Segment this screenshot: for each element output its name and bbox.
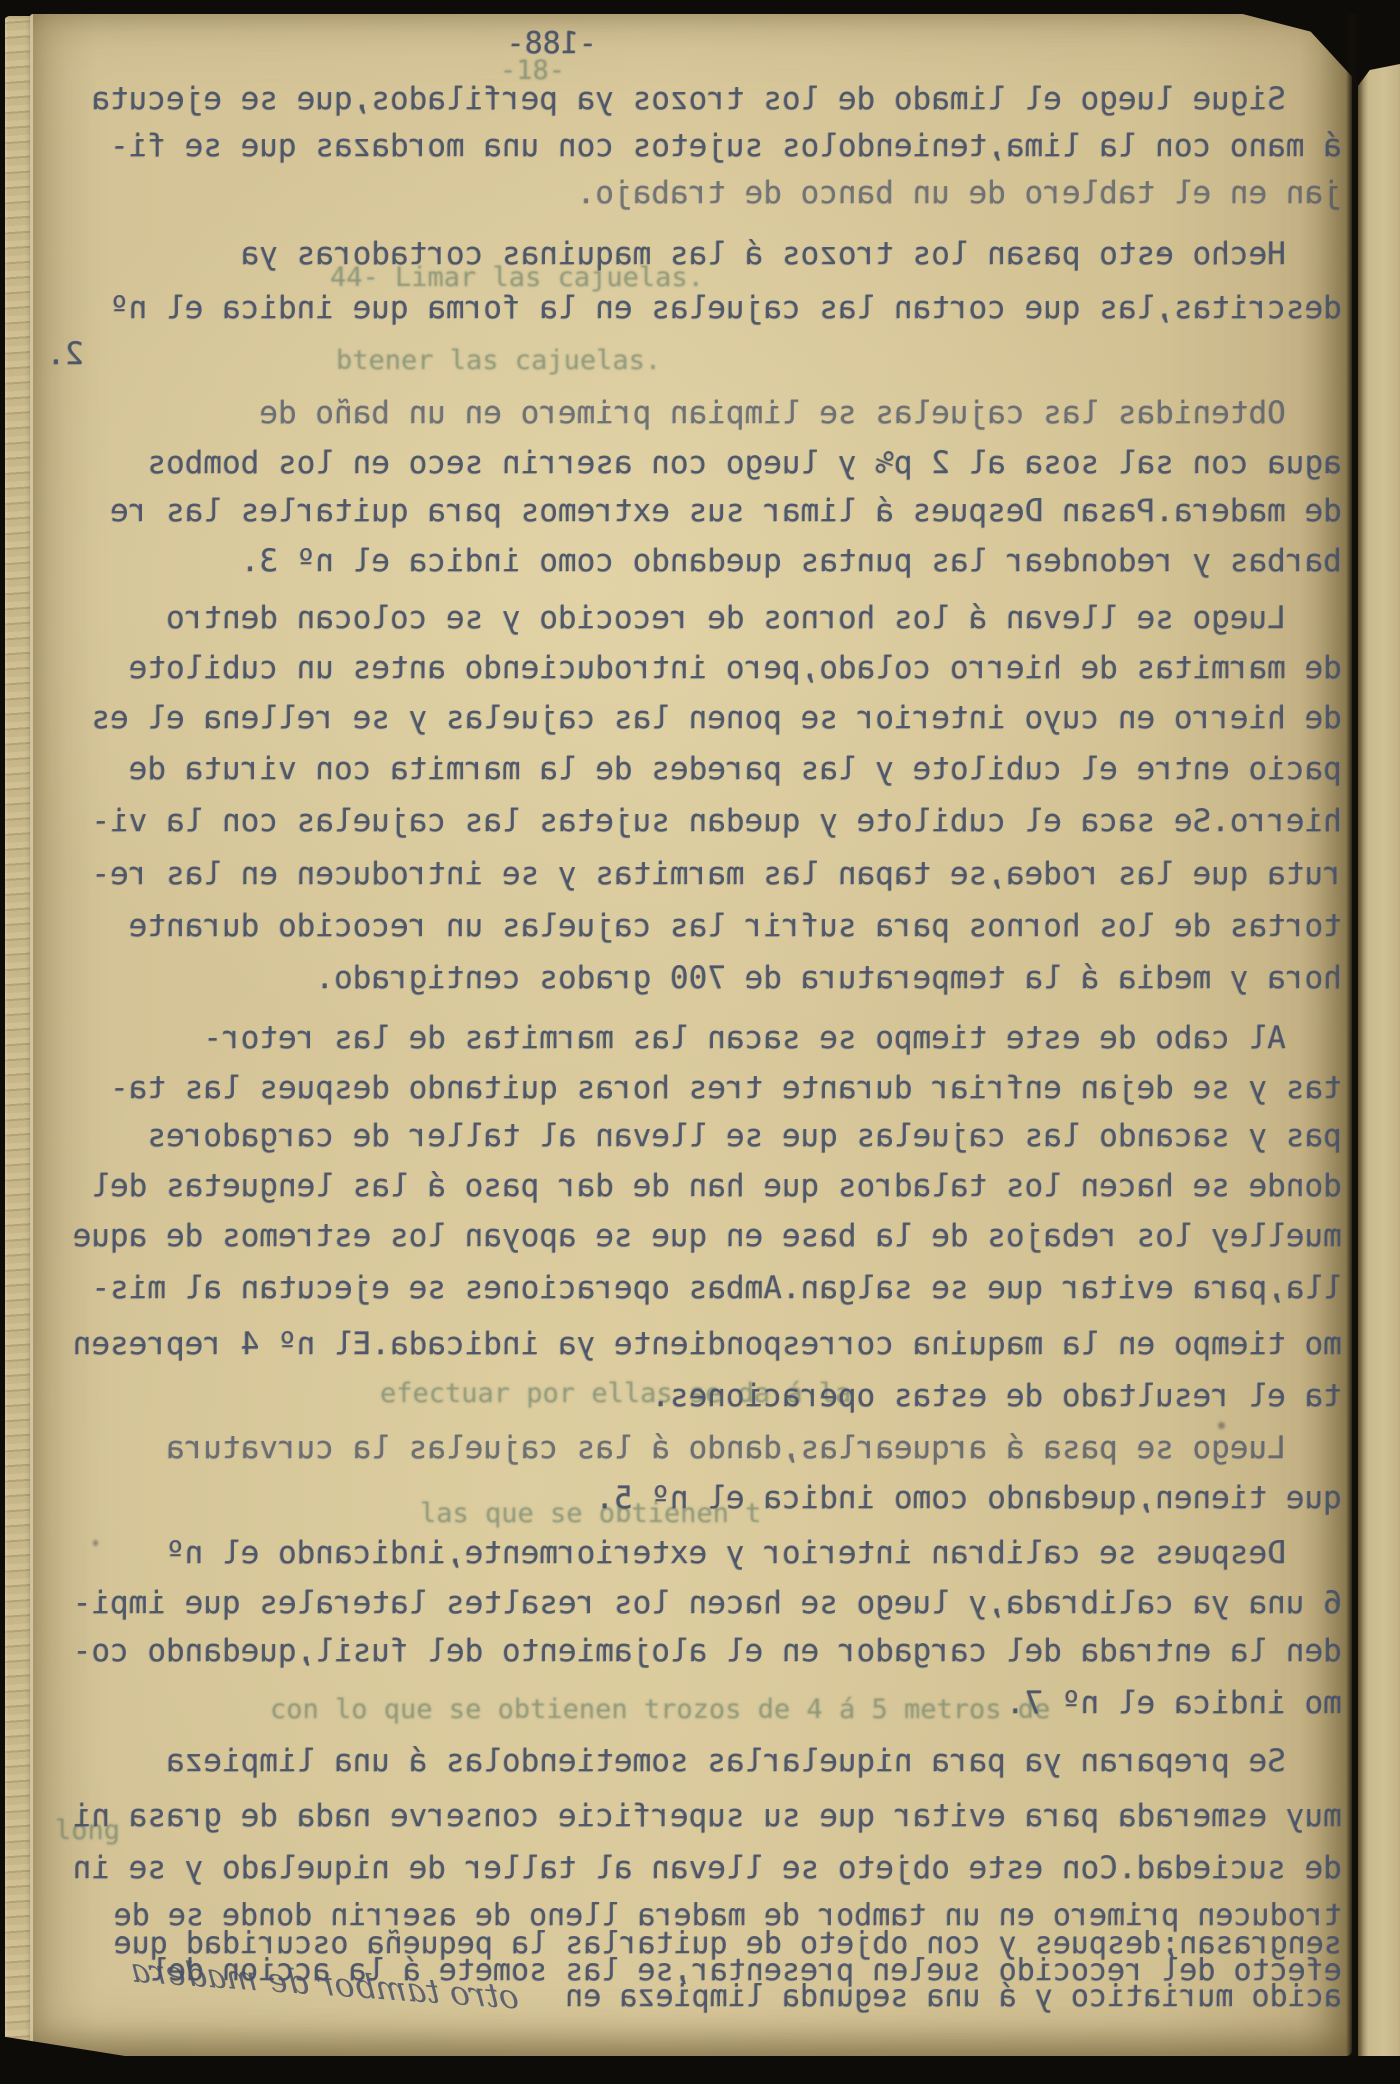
typewritten-line: Al cabo de este tiempo se sacan las marm… [204, 1020, 1287, 1056]
typewritten-line: lla,para evitar que se salgan.Ambas oper… [92, 1270, 1342, 1306]
typewritten-line: pacio entre el cubilote y las paredes de… [129, 751, 1342, 787]
typewritten-line: pas y sacando las cajuelas que se llevan… [148, 1118, 1342, 1154]
mirrored-text-layer: otro tambor de madera -188-Sigue luego e… [30, 14, 1352, 2056]
typewritten-line: 2. [47, 336, 84, 372]
typewritten-line: ruta que las rodea,se tapan las marmitas… [92, 856, 1342, 892]
typewritten-line: de madera.Pasan Despues á limar sus extr… [110, 493, 1342, 529]
typewritten-line: donde se hacen los taladros que han de d… [92, 1168, 1342, 1204]
typewritten-line: muy esmerada para evitar que su superfic… [73, 1798, 1342, 1834]
typewritten-line: barbas y redondear las puntas quedando c… [241, 543, 1342, 579]
background-strip-bottom [0, 2056, 1400, 2084]
typewritten-line: muelley los rebajos de la base en que se… [73, 1218, 1342, 1254]
typewritten-line: acido muriatico y á una segunda limpieza… [565, 1979, 1342, 2014]
typewritten-line: jan en el tablero de un banco de trabajo… [577, 175, 1342, 211]
background-strip-left [0, 0, 5, 2084]
typewritten-line: Luego se llevan á los hornos de recocido… [166, 600, 1286, 636]
typewritten-line: de marmitas de hierro colado,pero introd… [129, 650, 1342, 686]
background-strip-top [0, 0, 1400, 14]
typewritten-line: á mano con la lima,teniendolos sujetos c… [110, 128, 1342, 164]
document-page: -18-44- Limar las cajuelas.btener las ca… [30, 14, 1352, 2056]
scanned-book-spread: -18-44- Limar las cajuelas.btener las ca… [0, 0, 1400, 2084]
typewritten-line: de hierro en cuyo interior se ponen las … [92, 700, 1342, 736]
page-gutter-shadow [1346, 14, 1360, 2084]
typewritten-line: que tienen,quedando como indica el nº 5. [595, 1480, 1342, 1516]
typewritten-line: mo indica el nº 7. [1006, 1685, 1342, 1721]
typewritten-line: Se preparan ya para niquelarlas sometien… [166, 1743, 1286, 1779]
typewritten-line: den la entrada del cargador en el alojam… [73, 1633, 1342, 1669]
typewritten-line: Sigue luego el limado de los trozos ya p… [92, 81, 1286, 117]
typewritten-line: tas y se dejan enfriar durante tres hora… [110, 1070, 1342, 1106]
adjacent-page-edge [1358, 0, 1400, 2084]
typewritten-line: de suciedad.Con este objeto se llevan al… [73, 1850, 1342, 1886]
typewritten-line: ta el resultado de estas operaciones. [651, 1378, 1342, 1414]
typewritten-line: Obtenidas las cajuelas se limpian primer… [260, 395, 1287, 431]
typewritten-line: agua con sal sosa al 2 p% y luego con as… [148, 445, 1342, 481]
typewritten-line: descritas,las que cortan las cajuelas en… [110, 290, 1342, 326]
typewritten-line: Despues se calibran interior y exteriorm… [166, 1535, 1286, 1571]
typewritten-line: hierro.Se saca el cubilote y quedan suje… [92, 803, 1342, 839]
typewritten-line: -188- [507, 26, 597, 61]
typewritten-line: tortas de los hornos para sufrir las caj… [129, 908, 1342, 944]
typewritten-line: 6 una ya calibrada,y luego se hacen los … [73, 1585, 1342, 1621]
typewritten-line: Hecho esto pasan los trozos á las maquin… [241, 236, 1286, 272]
typewritten-line: Luego se pasa á arquearlas,dando á las c… [166, 1430, 1286, 1466]
typewritten-line: hora y media á la temperatura de 700 gra… [316, 960, 1343, 996]
typewritten-line: mo tiempo en la maquina correspondiente … [73, 1326, 1342, 1362]
